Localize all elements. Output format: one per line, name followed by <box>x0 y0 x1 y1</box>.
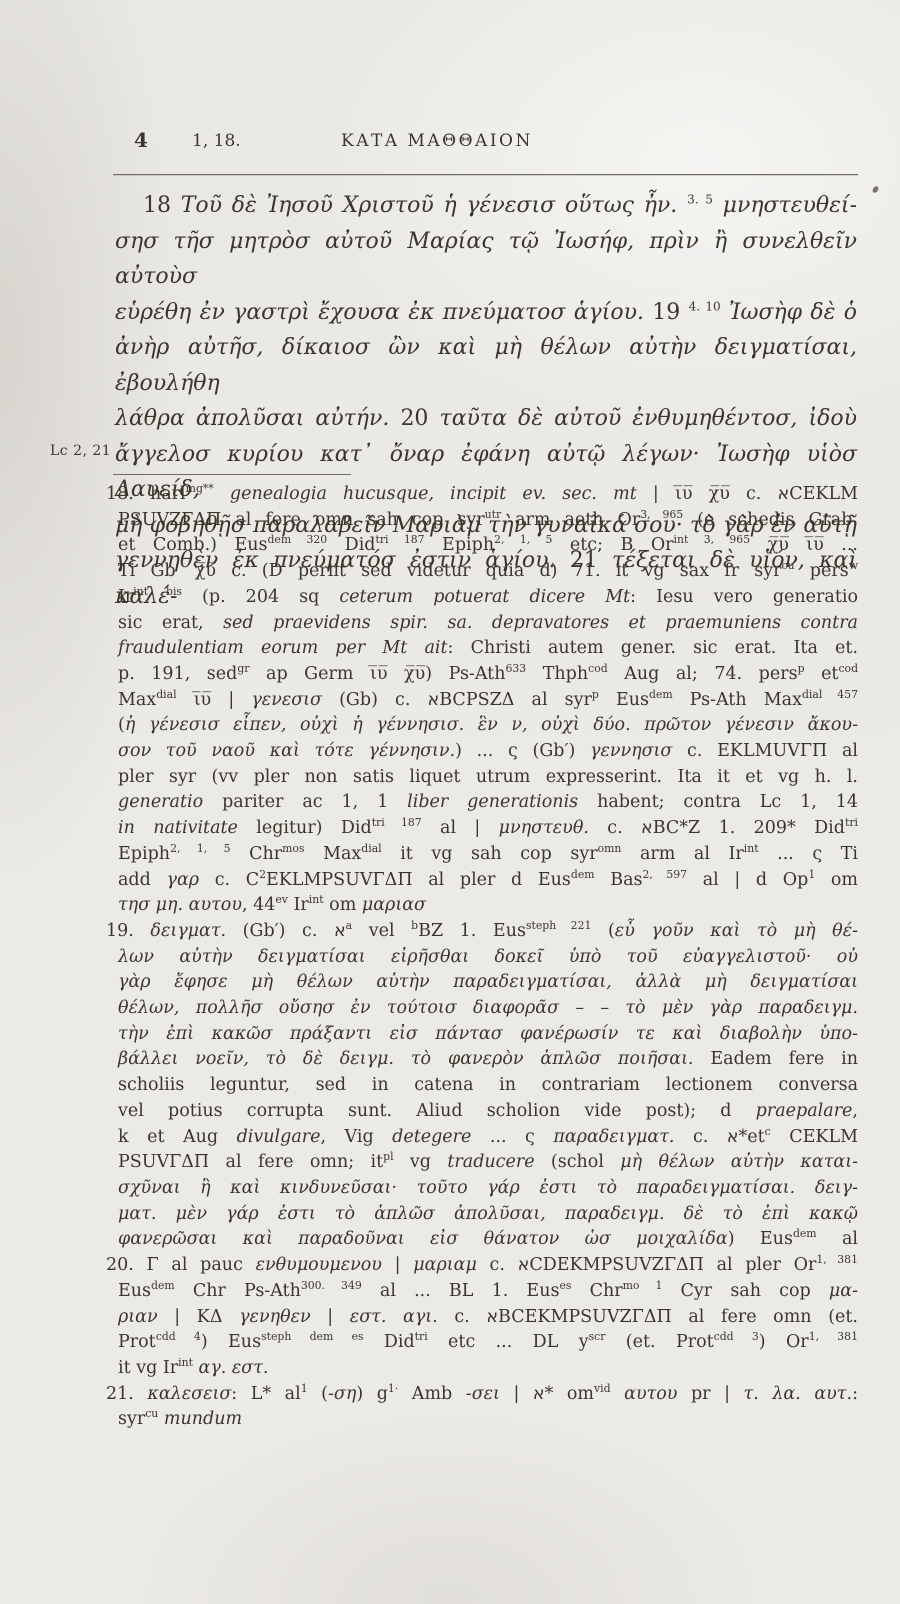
verse-line: εὑρέθη ἐν γαστρὶ ἔχουσα ἐκ πνεύματοσ ἁγί… <box>115 295 857 331</box>
apparatus-entry-line: 20. Γ al pauc ενθυμουμενου | μαριαμ c. א… <box>106 1253 858 1279</box>
apparatus-line: pler syr (vv pler non satis liquet utrum… <box>118 765 858 791</box>
apparatus-line: ριαν | KΔ γενηθεν | εστ. αγι. c. אBCEKMP… <box>118 1305 858 1331</box>
apparatus-line: syrcu mundum <box>118 1407 858 1433</box>
apparatus-separator-rule <box>113 474 351 475</box>
page-number: 4 <box>134 128 149 152</box>
verse-line: 18 Τοῦ δὲ Ἰησοῦ Χριστοῦ ἡ γένεσισ οὕτως … <box>115 188 857 224</box>
apparatus-line: Protcdd 4) Eussteph dem es Didtri etc ..… <box>118 1330 858 1356</box>
apparatus-line: βάλλει νοεῖν, τὸ δὲ δειγμ. τὸ φανερὸν ἁπ… <box>118 1047 858 1073</box>
apparatus-line: p. 191, sedgr ap Germ ι̅υ̅ χ̅υ̅) Ps-Ath6… <box>118 662 858 688</box>
apparatus-line: PSUVZΓΔΠ al fere omn sah cop syrutr arm … <box>118 508 858 534</box>
apparatus-line: PSUVΓΔΠ al fere omn; itpl vg traducere (… <box>118 1150 858 1176</box>
apparatus-line: in nativitate legitur) Didtri 187 al | μ… <box>118 816 858 842</box>
verse-line: λάθρα ἀπολῦσαι αὐτήν. 20 ταῦτα δὲ αὐτοῦ … <box>115 401 857 437</box>
book-page-scan: 4 1, 18. ΚΑΤΑ ΜΑΘΘΑΙΟΝ 18 Τοῦ δὲ Ἰησοῦ Χ… <box>0 0 900 1604</box>
apparatus-entry-line: 18. harlmg** genealogia hucusque, incipi… <box>106 482 858 508</box>
apparatus-entry-line: 19. δειγματ. (Gb′) c. אa vel bBZ 1. Euss… <box>106 919 858 945</box>
apparatus-entry-line: 21. καλεσεισ: L* al1 (-ση) g1· Amb -σει … <box>106 1382 858 1408</box>
margin-cross-reference: Lc 2, 21 <box>50 443 111 459</box>
apparatus-line: γὰρ ἔφησε μὴ θέλων αὐτὴν παραδειγματίσαι… <box>118 970 858 996</box>
apparatus-line: Epiph2, 1, 5 Chrmos Maxdial it vg sah co… <box>118 842 858 868</box>
apparatus-line: φανερῶσαι καὶ παραδοῦναι εἰσ θάνατον ὡσ … <box>118 1227 858 1253</box>
apparatus-line: fraudulentiam eorum per Mt ait: Christi … <box>118 636 858 662</box>
apparatus-line: λων αὐτὴν δειγματίσαι εἰρῆσθαι δοκεῖ ὑπὸ… <box>118 945 858 971</box>
apparatus-line: τὴν ἐπὶ κακῶσ πράξαντι εἰσ πάντασ φανέρω… <box>118 1022 858 1048</box>
running-title: ΚΑΤΑ ΜΑΘΘΑΙΟΝ <box>341 131 533 151</box>
apparatus-line: σχῦναι ἢ καὶ κινδυνεῦσαι· τοῦτο γάρ ἐστι… <box>118 1176 858 1202</box>
apparatus-line: θέλων, πολλῆσ οὔσησ ἐν τούτοισ διαφορᾶσ … <box>118 996 858 1022</box>
apparatus-line: generatio pariter ac 1, 1 liber generati… <box>118 790 858 816</box>
apparatus-line: σον τοῦ ναοῦ καὶ τότε γέννησιν.) ... ς (… <box>118 739 858 765</box>
apparatus: 18. harlmg** genealogia hucusque, incipi… <box>106 482 858 1433</box>
apparatus-line: τησ μη. αυτου, 44ev Irint om μαριασ <box>118 893 858 919</box>
ink-speck <box>872 185 879 193</box>
apparatus-line: Irint bis (p. 204 sq ceterum potuerat di… <box>118 585 858 611</box>
apparatus-line: k et Aug divulgare, Vig detegere ... ς π… <box>118 1125 858 1151</box>
apparatus-line: ματ. μὲν γάρ ἐστι τὸ ἁπλῶσ ἀπολῦσαι, παρ… <box>118 1202 858 1228</box>
apparatus-line: Ti Gb′ χ̅υ̅ c. (D periit sed videtur qui… <box>118 559 858 585</box>
header-verse-reference: 1, 18. <box>192 131 241 151</box>
verse-line: ἀνὴρ αὐτῆσ, δίκαιοσ ὢν καὶ μὴ θέλων αὐτὴ… <box>115 330 857 401</box>
apparatus-line: sic erat, sed praevidens spir. sa. depra… <box>118 611 858 637</box>
apparatus-line: Maxdial ι̅υ̅ | γενεσισ (Gb) c. אBCPSZΔ a… <box>118 688 858 714</box>
apparatus-line: Eusdem Chr Ps-Ath300. 349 al ... BL 1. E… <box>118 1279 858 1305</box>
apparatus-line: it vg Irint αγ. εστ. <box>118 1356 858 1382</box>
apparatus-line: et Comb.) Eusdem 320 Didtri 187 Epiph2, … <box>118 533 858 559</box>
header-rule <box>113 174 858 175</box>
apparatus-line: scholiis leguntur, sed in catena in cont… <box>118 1073 858 1099</box>
apparatus-line: vel potius corrupta sunt. Aliud scholion… <box>118 1099 858 1125</box>
verse-line: σησ τῆσ μητρὸσ αὐτοῦ Μαρίας τῷ Ἰωσήφ, πρ… <box>115 224 857 295</box>
apparatus-line: (ἡ γένεσισ εἶπεν, οὐχὶ ἡ γέννησισ. ἓν ν,… <box>118 713 858 739</box>
apparatus-line: add γαρ c. C2EKLMPSUVΓΔΠ al pler d Eusde… <box>118 868 858 894</box>
